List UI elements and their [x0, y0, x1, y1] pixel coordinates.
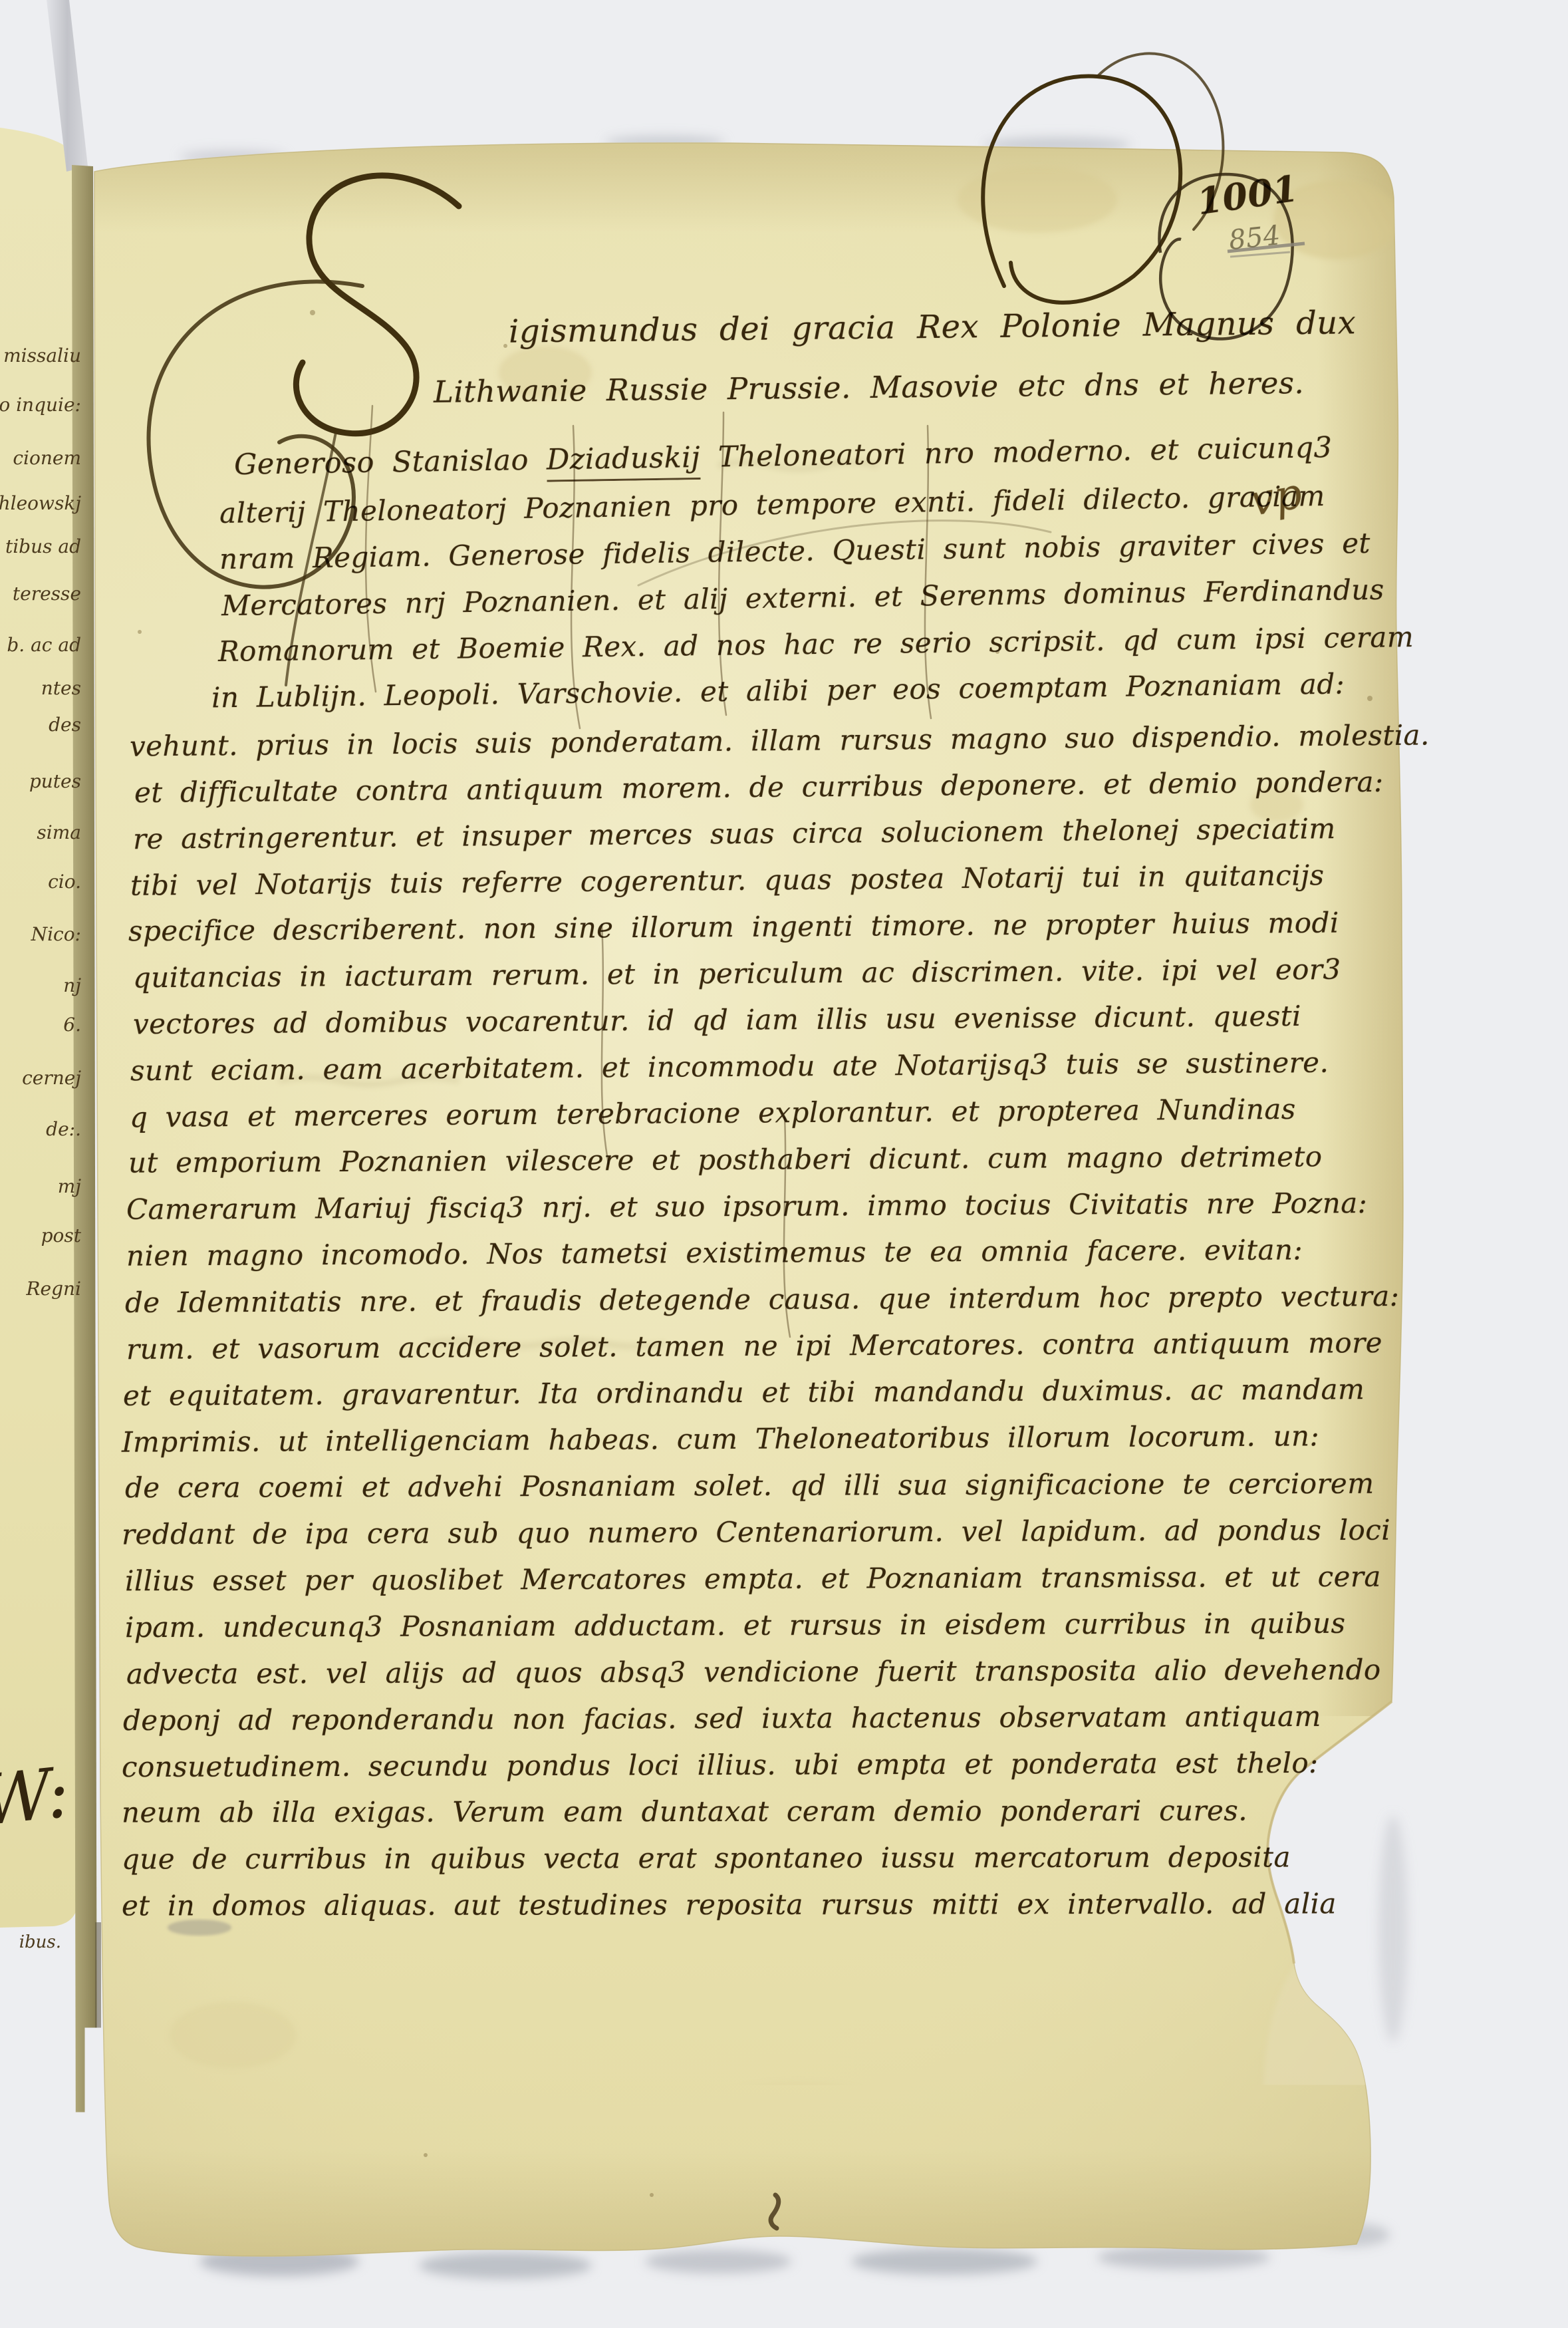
- body-line-13: vectores ad domibus vocarentur. id qd ia…: [133, 1002, 1301, 1038]
- left-page-fragment: schleowskj: [0, 492, 81, 514]
- heading-line-1: igismundus dei gracia Rex Polonie Magnus…: [509, 307, 1357, 347]
- left-page-fragment: teresse: [13, 583, 81, 605]
- body-line-23: de cera coemi et advehi Posnaniam solet.…: [125, 1470, 1374, 1503]
- left-page-fragment: 6.: [63, 1014, 81, 1036]
- left-page-fragment: putes: [29, 770, 81, 792]
- body-line-27: advecta est. vel alijs ad quos absq3 ven…: [126, 1656, 1381, 1689]
- body-line-30: neum ab illa exigas. Verum eam duntaxat …: [122, 1797, 1247, 1827]
- left-page-fragment: Nico:: [31, 923, 81, 945]
- body-line-16: ut emporium Poznanien vilescere et posth…: [128, 1143, 1323, 1177]
- left-page-fragment: nj: [63, 974, 81, 996]
- body-line-31: que de curribus in quibus vecta erat spo…: [122, 1843, 1291, 1873]
- body-line-26: ipam. undecunq3 Posnaniam adductam. et r…: [125, 1610, 1346, 1642]
- body-line-18: nien magno incomodo. Nos tametsi existim…: [126, 1236, 1303, 1270]
- body-line-22: Imprimis. ut intelligenciam habeas. cum …: [122, 1422, 1319, 1456]
- body-line-21: et equitatem. gravarentur. Ita ordinandu…: [123, 1376, 1365, 1410]
- body-line-20: rum. et vasorum accidere solet. tamen ne…: [126, 1329, 1382, 1364]
- body-line-12: quitancias in iacturam rerum. et in peri…: [133, 956, 1341, 992]
- left-page-fragment: post: [41, 1225, 81, 1246]
- body-line-15: q vasa et merceres eorum terebracione ex…: [130, 1095, 1296, 1131]
- left-page-fragment: sima: [37, 821, 81, 843]
- addressee-name-underlined: Dziaduskij: [546, 441, 700, 482]
- body-line-24: reddant de ipa cera sub quo numero Cente…: [122, 1517, 1390, 1549]
- body-line-25: illius esset per quoslibet Mercatores em…: [125, 1563, 1381, 1596]
- left-page-fragment: cio.: [48, 871, 81, 893]
- heading-line-2: Lithwanie Russie Prussie. Masovie etc dn…: [434, 368, 1305, 407]
- left-page-fragment: cionem: [13, 447, 81, 469]
- body-line-19: de Idemnitatis nre. et fraudis detegende…: [125, 1282, 1400, 1317]
- left-page-fragment: e missaliu: [0, 345, 81, 366]
- body-line-17: Camerarum Mariuj fisciq3 nrj. et suo ips…: [126, 1189, 1367, 1224]
- facing-page-text-column: e missaliu llo inquie: cionem schleowskj…: [0, 0, 88, 1995]
- body-line-32: et in domos aliquas. aut testudines repo…: [122, 1890, 1337, 1920]
- body-line-29: consuetudinem. secundu pondus loci illiu…: [122, 1749, 1319, 1781]
- left-page-fragment: mj: [58, 1175, 81, 1197]
- left-page-fragment: tibus ad: [5, 535, 81, 557]
- left-page-fragment: cernej: [22, 1067, 81, 1089]
- left-page-fragment: de:.: [46, 1118, 81, 1140]
- left-page-fragment: llo inquie:: [0, 394, 81, 416]
- body-line-14: sunt eciam. eam acerbitatem. et incommod…: [130, 1049, 1329, 1086]
- left-page-fragment: ntes: [41, 677, 81, 699]
- body-line-28: deponj ad reponderandu non facias. sed i…: [123, 1703, 1321, 1735]
- left-page-fragment: des: [49, 714, 81, 736]
- left-page-fragment: b. ac ad: [7, 634, 81, 656]
- left-page-fragment: ibus.: [19, 1932, 61, 1952]
- address-pre: Generoso Stanislao: [234, 444, 547, 482]
- pencil-smudge: [168, 1920, 231, 1936]
- gutter-shadow: [95, 1922, 101, 2295]
- left-page-fragment: Regni: [26, 1278, 81, 1300]
- body-line-11: specifice describerent. non sine illorum…: [128, 909, 1339, 946]
- old-folio-number: 854: [1228, 222, 1281, 254]
- left-page-initial-w: W:: [0, 1751, 73, 1841]
- manuscript-scan: e missaliu llo inquie: cionem schleowskj…: [0, 0, 1568, 2328]
